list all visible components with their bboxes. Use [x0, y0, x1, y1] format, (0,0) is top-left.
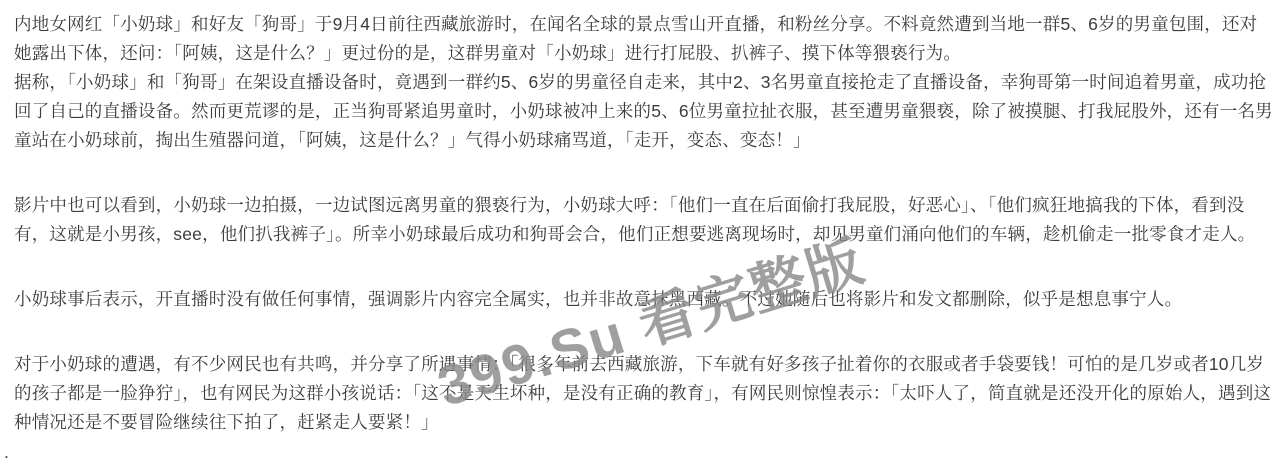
article-paragraph-5: 对于小奶球的遭遇，有不少网民也有共鸣，并分享了所遇事情：「很多年前去西藏旅游，下… [14, 350, 1274, 437]
article-page: 内地女网红「小奶球」和好友「狗哥」于9月4日前往西藏旅游时，在闻名全球的景点雪山… [0, 0, 1280, 468]
article-paragraph-1: 内地女网红「小奶球」和好友「狗哥」于9月4日前往西藏旅游时，在闻名全球的景点雪山… [14, 10, 1274, 68]
trailing-period: . [4, 444, 9, 461]
article-paragraph-2: 据称，「小奶球」和「狗哥」在架设直播设备时，竟遇到一群约5、6岁的男童径自走来，… [14, 68, 1274, 155]
article-paragraph-3: 影片中也可以看到，小奶球一边拍摄，一边试图远离男童的猥亵行为，小奶球大呼：「他们… [14, 191, 1274, 249]
article-paragraph-4: 小奶球事后表示，开直播时没有做任何事情，强调影片内容完全属实，也并非故意抹黑西藏… [14, 285, 1274, 314]
